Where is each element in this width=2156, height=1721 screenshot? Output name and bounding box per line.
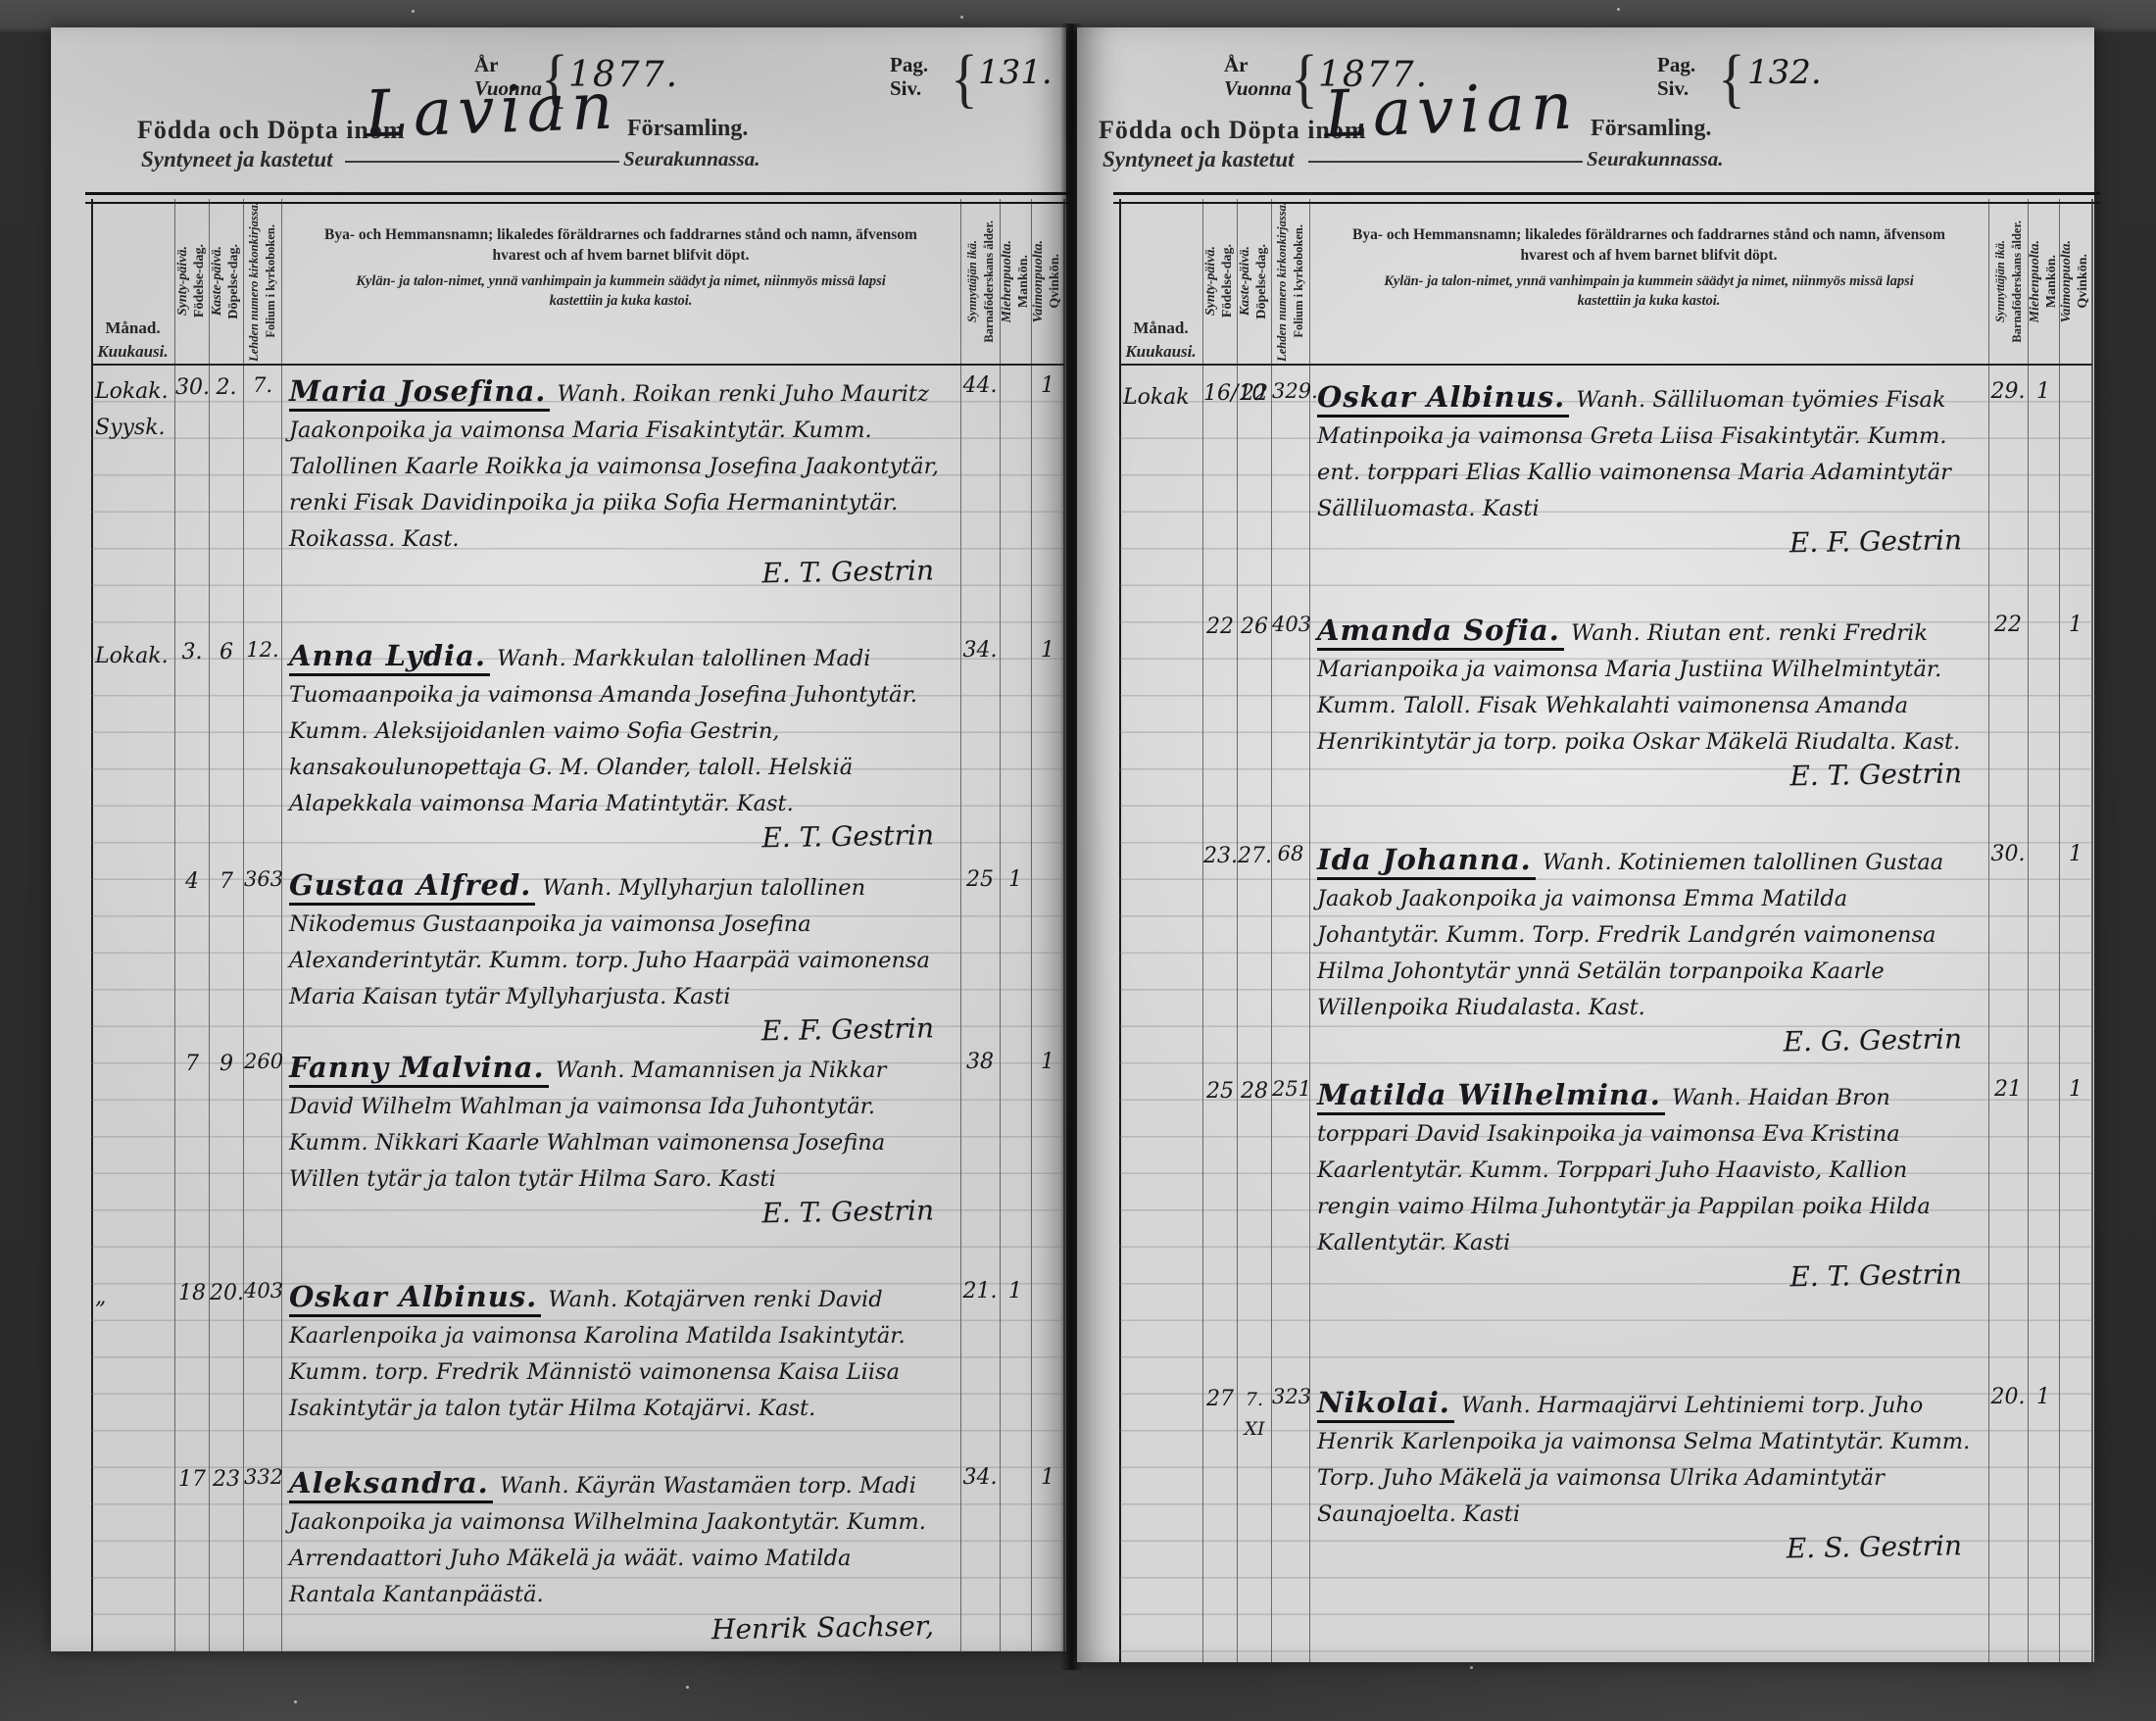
entry-mother-age: 21: [1989, 1077, 2027, 1102]
entry-child-name: Nikolai.: [1317, 1386, 1454, 1423]
entry-birth-day: 22: [1203, 613, 1237, 642]
entry-description: Oskar Albinus. Wanh. Sälliluoman työmies…: [1317, 379, 1972, 564]
age-header-swedish: Barnaföderskans ålder.: [2009, 221, 2025, 343]
age-header-finnish: Synnyttäjän ikä.: [1992, 240, 2008, 322]
entry-folio-number: 323: [1272, 1385, 1309, 1408]
entry-baptism-day: 20.: [210, 1279, 243, 1308]
column-header-male: Miehenpuolta. Mankön.: [1000, 199, 1031, 364]
entry-folio-number: 12.: [244, 638, 281, 662]
entry-birth-day: 16/10: [1203, 379, 1237, 409]
entry-birth-day: 3.: [175, 638, 209, 667]
entry-signature: [289, 1421, 944, 1433]
page-number-label: Pag. Siv.: [890, 53, 928, 100]
entry-mother-age: 34.: [961, 1465, 999, 1490]
parish-label-finnish: Seurakunnassa.: [623, 147, 759, 172]
entry-folio-number: 7.: [244, 373, 281, 397]
page-number-value: 131.: [978, 53, 1053, 92]
entry-birth-day: 27: [1203, 1385, 1237, 1414]
entry-female-mark: 1: [2060, 842, 2091, 866]
month-header-swedish: Månad.: [105, 317, 160, 340]
entry-child-name: Fanny Malvina.: [289, 1051, 549, 1088]
baptism-header-swedish: Döpelse-dag.: [226, 244, 242, 320]
entry-male-mark: 1: [2029, 1385, 2058, 1409]
female-header-finnish: Vaimonpuolta.: [1031, 240, 1047, 322]
parish-label-swedish: Församling.: [1591, 116, 1711, 142]
page-number-value: 132.: [1747, 53, 1822, 92]
entry-signature: E. T. Gestrin: [289, 816, 945, 864]
entry-birth-day: 30.: [175, 373, 209, 403]
entry-child-name: Maria Josefina.: [289, 374, 550, 412]
female-header-finnish: Vaimonpuolta.: [2059, 240, 2075, 322]
page-label-finnish: Siv.: [890, 76, 921, 100]
entry-mother-age: 25: [961, 867, 999, 892]
column-header-month: Månad. Kuukausi.: [1119, 199, 1202, 389]
year-label-finnish: Vuonna: [1224, 76, 1292, 100]
entry-baptism-day: 6: [210, 638, 243, 667]
entry-folio-number: 260: [244, 1050, 281, 1073]
male-header-finnish: Miehenpuolta.: [2028, 240, 2043, 322]
table-header: Månad. Kuukausi. Synty-päivä. Födelse-da…: [1119, 199, 2092, 366]
entry-description: Fanny Malvina. Wanh. Mamannisen ja Nikka…: [289, 1050, 944, 1234]
parish-label-finnish: Seurakunnassa.: [1587, 147, 1723, 172]
entry-description: Gustaa Alfred. Wanh. Myllyharjun talolli…: [289, 867, 944, 1052]
year-label-swedish: År: [1224, 53, 1249, 76]
entry-baptism-day: 26: [1238, 613, 1271, 642]
page-brace: {: [1718, 40, 1745, 116]
entry-child-name: Aleksandra.: [289, 1466, 493, 1503]
entry-folio-number: 403: [1272, 613, 1309, 636]
entry-child-name: Anna Lydia.: [289, 639, 490, 676]
entry-birth-day: 25: [1203, 1077, 1237, 1106]
entry-birth-day: 17: [175, 1465, 209, 1495]
entry-description: Oskar Albinus. Wanh. Kotajärven renki Da…: [289, 1279, 944, 1427]
register-title-finnish: Syntyneet ja kastetut: [1102, 147, 1295, 172]
year-brace: {: [1291, 40, 1318, 116]
film-grain-speck: [1617, 8, 1620, 11]
entry-child-name: Oskar Albinus.: [289, 1280, 541, 1317]
description-header-swedish: Bya- och Hemmansnamn; likaledes föräldra…: [1309, 224, 1988, 266]
birth-header-swedish: Födelse-dag.: [192, 244, 208, 318]
entry-birth-day: 4: [175, 867, 209, 897]
month-header-finnish: Kuukausi.: [97, 340, 168, 364]
entry-folio-number: 403: [244, 1279, 281, 1303]
folio-header-swedish: Folium i kyrkoboken.: [1291, 224, 1306, 338]
entry-signature: E. T. Gestrin: [1317, 1255, 1973, 1303]
page-brace: {: [951, 40, 978, 116]
entry-mother-age: 20.: [1989, 1385, 2027, 1409]
entry-mother-age: 21.: [961, 1279, 999, 1303]
entry-baptism-day: 22: [1238, 379, 1271, 409]
entry-month: Lokak. Syysk.: [95, 373, 173, 446]
baptism-header-finnish: Kaste-päivä.: [1238, 246, 1253, 316]
entry-baptism-day: 2.: [210, 373, 243, 403]
entry-mother-age: 22: [1989, 613, 2027, 637]
table-body: Lokak. Syysk. 30. 2. 7. Maria Josefina. …: [91, 366, 1064, 1651]
column-header-male: Miehenpuolta. Mankön.: [2028, 199, 2059, 364]
entry-folio-number: 332: [244, 1465, 281, 1489]
entry-child-name: Amanda Sofia.: [1317, 614, 1564, 651]
column-header-mother-age: Synnyttäjän ikä. Barnaföderskans ålder.: [1988, 199, 2028, 364]
male-header-swedish: Mankön.: [1016, 255, 1032, 308]
month-header-swedish: Månad.: [1133, 317, 1188, 340]
entry-description: Amanda Sofia. Wanh. Riutan ent. renki Fr…: [1317, 613, 1972, 797]
parish-underline: [345, 161, 619, 163]
entry-description: Matilda Wilhelmina. Wanh. Haidan Bron to…: [1317, 1077, 1972, 1298]
entry-mother-age: 38: [961, 1050, 999, 1074]
entry-child-name: Matilda Wilhelmina.: [1317, 1078, 1665, 1115]
column-header-description: Bya- och Hemmansnamn; likaledes föräldra…: [281, 199, 960, 364]
entry-female-mark: 1: [1032, 373, 1063, 398]
entry-baptism-day: 27.: [1238, 842, 1271, 871]
film-grain-speck: [412, 10, 415, 13]
entry-female-mark: 1: [1032, 638, 1063, 663]
entry-folio-number: 68: [1272, 842, 1309, 865]
entry-folio-number: 363: [244, 867, 281, 891]
description-header-finnish: Kylän- ja talon-nimet, ynnä vanhimpain j…: [281, 266, 960, 311]
folio-header-finnish: Lehden numero kirkonkirjassa.: [1274, 202, 1290, 362]
entry-baptism-day: 23: [210, 1465, 243, 1495]
column-header-female: Vaimonpuolta. Qvinkön.: [1031, 199, 1063, 364]
entry-child-name: Ida Johanna.: [1317, 843, 1536, 880]
age-header-finnish: Synnyttäjän ikä.: [964, 240, 980, 322]
entry-signature: E. T. Gestrin: [289, 1192, 945, 1240]
column-header-baptism-day: Kaste-päivä. Döpelse-dag.: [209, 199, 243, 364]
parish-label-swedish: Församling.: [627, 116, 748, 142]
baptism-header-finnish: Kaste-päivä.: [210, 246, 225, 316]
entry-month: Lokak.: [95, 638, 173, 674]
page-label-swedish: Pag.: [890, 53, 928, 76]
register-table: Månad. Kuukausi. Synty-päivä. Födelse-da…: [91, 192, 1064, 1651]
male-header-finnish: Miehenpuolta.: [1000, 240, 1015, 322]
entry-birth-day: 7: [175, 1050, 209, 1079]
page-number-label: Pag. Siv.: [1657, 53, 1695, 100]
entry-female-mark: 1: [2060, 613, 2091, 637]
entry-month: Lokak: [1123, 379, 1201, 416]
column-header-month: Månad. Kuukausi.: [91, 199, 174, 389]
parish-name-handwritten: Lavian: [1323, 68, 1580, 152]
entry-male-mark: 1: [1001, 867, 1030, 892]
entry-baptism-day: 7. XI: [1238, 1385, 1271, 1444]
entry-description: Anna Lydia. Wanh. Markkulan talollinen M…: [289, 638, 944, 859]
entry-child-name: Gustaa Alfred.: [289, 868, 535, 906]
month-header-finnish: Kuukausi.: [1125, 340, 1196, 364]
entry-child-name: Oskar Albinus.: [1317, 380, 1569, 418]
column-header-female: Vaimonpuolta. Qvinkön.: [2059, 199, 2091, 364]
folio-header-swedish: Folium i kyrkoboken.: [263, 224, 278, 338]
entry-description: Ida Johanna. Wanh. Kotiniemen talollinen…: [1317, 842, 1972, 1062]
film-grain-speck: [294, 1700, 297, 1703]
female-header-swedish: Qvinkön.: [2076, 254, 2091, 309]
register-page-left: År Vuonna { 1877. Pag. Siv. { 131. Födda…: [51, 27, 1066, 1651]
entry-male-mark: 1: [1001, 1279, 1030, 1303]
register-table: Månad. Kuukausi. Synty-päivä. Födelse-da…: [1119, 192, 2092, 1662]
column-header-folio: Lehden numero kirkonkirjassa. Folium i k…: [243, 199, 281, 364]
entry-female-mark: 1: [2060, 1077, 2091, 1102]
entry-month: „: [95, 1279, 173, 1315]
column-header-birth-day: Synty-päivä. Födelse-dag.: [174, 199, 209, 364]
entry-folio-number: 251: [1272, 1077, 1309, 1101]
film-grain-speck: [686, 1686, 689, 1689]
entry-signature: E. T. Gestrin: [289, 552, 945, 600]
film-grain-speck: [1470, 1666, 1473, 1669]
entry-male-mark: 1: [2029, 379, 2058, 404]
entry-folio-number: 329.: [1272, 379, 1309, 403]
entry-baptism-day: 28: [1238, 1077, 1271, 1106]
register-page-right: År Vuonna { 1877. Pag. Siv. { 132. Födda…: [1077, 27, 2094, 1662]
entry-signature: E. G. Gestrin: [1317, 1020, 1973, 1068]
entry-signature: E. F. Gestrin: [1317, 521, 1973, 569]
entry-baptism-day: 7: [210, 867, 243, 897]
entry-mother-age: 44.: [961, 373, 999, 398]
film-grain-speck: [960, 16, 963, 19]
entry-signature: E. T. Gestrin: [1317, 755, 1973, 803]
entry-birth-day: 23.: [1203, 842, 1237, 871]
year-label: År Vuonna: [1224, 53, 1292, 100]
column-header-baptism-day: Kaste-päivä. Döpelse-dag.: [1237, 199, 1271, 364]
description-header-swedish: Bya- och Hemmansnamn; likaledes föräldra…: [281, 224, 960, 266]
entry-female-mark: 1: [1032, 1050, 1063, 1074]
baptism-header-swedish: Döpelse-dag.: [1254, 244, 1270, 320]
entry-mother-age: 29.: [1989, 379, 2027, 404]
entry-description: Maria Josefina. Wanh. Roikan renki Juho …: [289, 373, 944, 594]
column-header-description: Bya- och Hemmansnamn; likaledes föräldra…: [1309, 199, 1988, 364]
register-title-finnish: Syntyneet ja kastetut: [141, 147, 333, 172]
entry-signature: E. S. Gestrin: [1317, 1527, 1973, 1575]
birth-header-finnish: Synty-päivä.: [1203, 246, 1219, 316]
folio-header-finnish: Lehden numero kirkonkirjassa.: [246, 202, 262, 362]
age-header-swedish: Barnaföderskans ålder.: [981, 221, 997, 343]
column-header-folio: Lehden numero kirkonkirjassa. Folium i k…: [1271, 199, 1309, 364]
entry-mother-age: 30.: [1989, 842, 2027, 866]
birth-header-finnish: Synty-päivä.: [175, 246, 191, 316]
entry-birth-day: 18: [175, 1279, 209, 1308]
entry-description: Aleksandra. Wanh. Käyrän Wastamäen torp.…: [289, 1465, 944, 1649]
table-body: Lokak 16/10 22 329. Oskar Albinus. Wanh.…: [1119, 366, 2092, 1662]
table-header: Månad. Kuukausi. Synty-päivä. Födelse-da…: [91, 199, 1064, 366]
description-header-finnish: Kylän- ja talon-nimet, ynnä vanhimpain j…: [1309, 266, 1988, 311]
page-label-finnish: Siv.: [1657, 76, 1689, 100]
birth-header-swedish: Födelse-dag.: [1220, 244, 1236, 318]
entry-signature: Henrik Sachser,: [289, 1607, 945, 1655]
entry-mother-age: 34.: [961, 638, 999, 663]
entry-female-mark: 1: [1032, 1465, 1063, 1490]
parish-name-handwritten: Lavian: [364, 68, 620, 152]
column-header-mother-age: Synnyttäjän ikä. Barnaföderskans ålder.: [960, 199, 1000, 364]
page-label-swedish: Pag.: [1657, 53, 1695, 76]
male-header-swedish: Mankön.: [2044, 255, 2060, 308]
parish-underline: [1308, 161, 1583, 163]
entry-description: Nikolai. Wanh. Harmaajärvi Lehtiniemi to…: [1317, 1385, 1972, 1569]
entry-baptism-day: 9: [210, 1050, 243, 1079]
column-header-birth-day: Synty-päivä. Födelse-dag.: [1202, 199, 1237, 364]
